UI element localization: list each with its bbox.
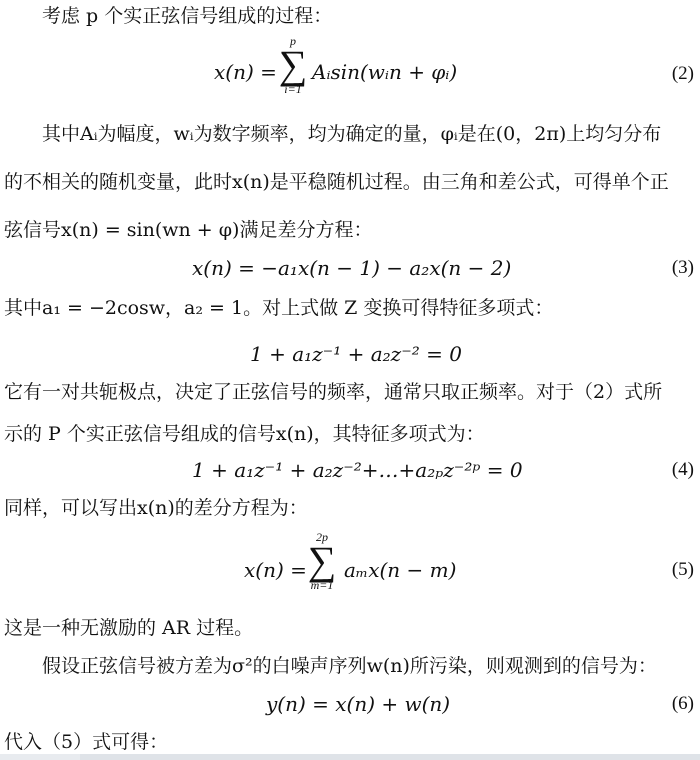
sigma-icon: ∑ [304, 544, 340, 578]
sigma-icon: ∑ [276, 48, 310, 82]
paragraph-amplitude-line3: 弦信号x(n) = sin(wn + φ)满足差分方程： [4, 218, 372, 242]
equation-number-5: (5) [672, 558, 694, 582]
equation-2-lhs: x(n) = [214, 60, 277, 84]
paragraph-amplitude-line2: 的不相关的随机变量，此时x(n)是平稳随机过程。由三角和差公式，可得单个正 [4, 170, 669, 194]
equation-characteristic-body: 1 + a₁z⁻¹ + a₂z⁻² = 0 [250, 342, 462, 366]
equation-number-4: (4) [672, 458, 694, 482]
paragraph-poles-line1: 它有一对共轭极点，决定了正弦信号的频率，通常只取正频率。对于（2）式所 [4, 380, 662, 404]
equation-3-body: x(n) = −a₁x(n − 1) − a₂x(n − 2) [192, 256, 511, 280]
page-bottom-edge [0, 754, 700, 760]
paragraph-noise: 假设正弦信号被方差为σ²的白噪声序列w(n)所污染，则观测到的信号为： [42, 654, 657, 678]
paragraph-difference-eq: 同样，可以写出x(n)的差分方程为： [4, 496, 308, 520]
paragraph-substitute: 代入（5）式可得： [4, 730, 168, 754]
equation-number-2: (2) [672, 62, 694, 86]
equation-2-rhs: Aᵢsin(wᵢn + φᵢ) [312, 60, 457, 84]
paragraph-ar-process: 这是一种无激励的 AR 过程。 [4, 616, 253, 640]
equation-number-6: (6) [672, 692, 694, 716]
paragraph-intro: 考虑 p 个实正弦信号组成的过程： [42, 4, 332, 28]
equation-number-3: (3) [672, 256, 694, 280]
equation-4-body: 1 + a₁z⁻¹ + a₂z⁻²+…+a₂ₚz⁻²ᵖ = 0 [192, 458, 523, 482]
equation-5-rhs: aₘx(n − m) [344, 558, 456, 582]
page-bottom-edge-segment [80, 754, 700, 760]
equation-5-lhs: x(n) = [244, 558, 307, 582]
summation-symbol: p ∑ i=1 [276, 34, 310, 96]
paragraph-coefficients: 其中a₁ = −2cosw，a₂ = 1。对上式做 Z 变换可得特征多项式： [4, 296, 553, 320]
paragraph-amplitude-line1: 其中Aᵢ为幅度，wᵢ为数字频率，均为确定的量，φᵢ是在(0，2π)上均匀分布 [42, 122, 661, 146]
summation-symbol: 2p ∑ m=1 [304, 530, 340, 592]
paragraph-poles-line2: 示的 P 个实正弦信号组成的信号x(n)，其特征多项式为： [4, 422, 485, 446]
equation-6-body: y(n) = x(n) + w(n) [266, 692, 450, 716]
